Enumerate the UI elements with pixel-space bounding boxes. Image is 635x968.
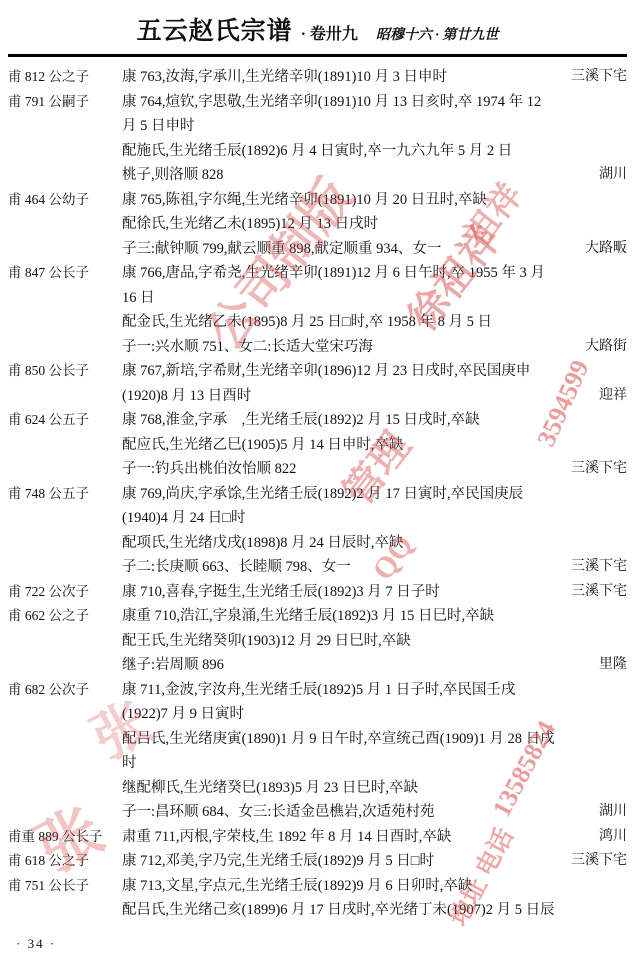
entry-line: (1922)7 月 9 日寅时 <box>122 702 627 727</box>
entry-label: 甫 791 公嗣子 <box>8 90 114 115</box>
entry-text: 康 766,唐品,字希尧,生光绪辛卯(1891)12 月 6 日午时,卒 195… <box>122 261 545 286</box>
entry-line: 配应氏,生光绪乙巳(1905)5 月 14 日申时,卒缺 <box>122 433 627 458</box>
entry-content: 康 711,金波,字汝舟,生光绪壬辰(1892)5 月 1 日子时,卒民国壬戌(… <box>122 678 627 825</box>
entry-content: 康 767,新培,字希财,生光绪辛卯(1896)12 月 23 日戌时,卒民国庚… <box>122 359 627 408</box>
entry-label: 甫 850 公长子 <box>8 359 114 384</box>
entry-label: 甫 464 公幼子 <box>8 188 114 213</box>
entry-text: 肃重 711,丙根,字荣枝,生 1892 年 8 月 14 日酉时,卒缺 <box>122 825 451 850</box>
entry-text: 康 763,汝海,字承川,生光绪辛卯(1891)10 月 3 日申时 <box>122 65 447 90</box>
place-name: 大路畈 <box>575 237 627 262</box>
entry-line: 康 763,汝海,字承川,生光绪辛卯(1891)10 月 3 日申时三溪下宅 <box>122 65 627 90</box>
place-name: 三溪下宅 <box>561 580 627 605</box>
entry-text: 时 <box>122 751 137 776</box>
entry-line: 配项氏,生光绪戊戌(1898)8 月 24 日辰时,卒缺 <box>122 531 627 556</box>
entry-text: 子三:献钟顺 799,献云顺重 898,献定顺重 934、女一 <box>122 237 441 262</box>
entry-text: 康 765,陈祖,字尔绳,生光绪辛卯(1891)10 月 20 日丑时,卒缺 <box>122 188 487 213</box>
entry-label: 甫 722 公次子 <box>8 580 114 605</box>
place-name: 鸿川 <box>589 825 627 850</box>
entry-line: (1920)8 月 13 日酉时迎祥 <box>122 384 627 409</box>
entry-content: 康 766,唐品,字希尧,生光绪辛卯(1891)12 月 6 日午时,卒 195… <box>122 261 627 359</box>
entry-line: 康 767,新培,字希财,生光绪辛卯(1896)12 月 23 日戌时,卒民国庚… <box>122 359 627 384</box>
entry-line: 康 764,煊钦,字思敬,生光绪辛卯(1891)10 月 13 日亥时,卒 19… <box>122 90 627 115</box>
entry-label: 甫 812 公之子 <box>8 65 114 90</box>
entry-row: 甫 624 公五子康 768,淮金,字承 ,生光绪壬辰(1892)2 月 15 … <box>8 408 627 482</box>
entry-line: 16 日 <box>122 286 627 311</box>
entry-line: 康 712,邓美,字乃完,生光绪壬辰(1892)9 月 5 日□时三溪下宅 <box>122 849 627 874</box>
entry-line: 子二:长庚顺 663、长睦顺 798、女一三溪下宅 <box>122 555 627 580</box>
entry-text: 配施氏,生光绪壬辰(1892)6 月 4 日寅时,卒一九六九年 5 月 2 日 <box>122 139 512 164</box>
place-name: 湖川 <box>589 163 627 188</box>
entry-content: 康 768,淮金,字承 ,生光绪壬辰(1892)2 月 15 日戌时,卒缺配应氏… <box>122 408 627 482</box>
entry-text: 康 768,淮金,字承 ,生光绪壬辰(1892)2 月 15 日戌时,卒缺 <box>122 408 480 433</box>
entry-line: 康 713,文星,字点元,生光绪壬辰(1892)9 月 6 日卯时,卒缺 <box>122 874 627 899</box>
entry-line: 配施氏,生光绪壬辰(1892)6 月 4 日寅时,卒一九六九年 5 月 2 日 <box>122 139 627 164</box>
entry-content: 康 765,陈祖,字尔绳,生光绪辛卯(1891)10 月 20 日丑时,卒缺配徐… <box>122 188 627 262</box>
entry-label: 甫 847 公长子 <box>8 261 114 286</box>
entry-content: 康 712,邓美,字乃完,生光绪壬辰(1892)9 月 5 日□时三溪下宅 <box>122 849 627 874</box>
entry-content: 肃重 711,丙根,字荣枝,生 1892 年 8 月 14 日酉时,卒缺鸿川 <box>122 825 627 850</box>
title-volume: · 卷卅九 <box>301 26 358 43</box>
entry-text: 康 769,尚庆,字承馀,生光绪壬辰(1892)2 月 17 日寅时,卒民国庚辰 <box>122 482 523 507</box>
page-number: · 34 · <box>16 936 56 952</box>
entry-row: 甫重 889 公长子肃重 711,丙根,字荣枝,生 1892 年 8 月 14 … <box>8 825 627 850</box>
entry-content: 康 764,煊钦,字思敬,生光绪辛卯(1891)10 月 13 日亥时,卒 19… <box>122 90 627 188</box>
entry-text: 康 712,邓美,字乃完,生光绪壬辰(1892)9 月 5 日□时 <box>122 849 434 874</box>
entry-text: 配项氏,生光绪戊戌(1898)8 月 24 日辰时,卒缺 <box>122 531 404 556</box>
entry-line: 肃重 711,丙根,字荣枝,生 1892 年 8 月 14 日酉时,卒缺鸿川 <box>122 825 627 850</box>
entry-label: 甫 748 公五子 <box>8 482 114 507</box>
entry-line: 康 766,唐品,字希尧,生光绪辛卯(1891)12 月 6 日午时,卒 195… <box>122 261 627 286</box>
entry-text: 配金氏,生光绪乙未(1895)8 月 25 日□时,卒 1958 年 8 月 5… <box>122 310 492 335</box>
place-name: 湖川 <box>589 800 627 825</box>
place-name: 三溪下宅 <box>561 849 627 874</box>
place-name: 三溪下宅 <box>561 457 627 482</box>
place-name: 三溪下宅 <box>561 555 627 580</box>
entry-content: 康 763,汝海,字承川,生光绪辛卯(1891)10 月 3 日申时三溪下宅 <box>122 65 627 90</box>
entry-text: (1920)8 月 13 日酉时 <box>122 384 251 409</box>
entry-label: 甫重 889 公长子 <box>8 825 114 850</box>
entry-line: 配金氏,生光绪乙未(1895)8 月 25 日□时,卒 1958 年 8 月 5… <box>122 310 627 335</box>
entry-line: 配王氏,生光绪癸卯(1903)12 月 29 日巳时,卒缺 <box>122 629 627 654</box>
entry-label: 甫 624 公五子 <box>8 408 114 433</box>
entry-line: 配徐氏,生光绪乙未(1895)12 月 13 日戌时 <box>122 212 627 237</box>
entry-text: (1940)4 月 24 日□时 <box>122 506 246 531</box>
entry-text: 配王氏,生光绪癸卯(1903)12 月 29 日巳时,卒缺 <box>122 629 411 654</box>
entry-line: 康 769,尚庆,字承馀,生光绪壬辰(1892)2 月 17 日寅时,卒民国庚辰 <box>122 482 627 507</box>
entry-row: 甫 812 公之子康 763,汝海,字承川,生光绪辛卯(1891)10 月 3 … <box>8 65 627 90</box>
place-name: 大路街 <box>575 335 627 360</box>
entry-content: 康重 710,浩江,字泉涌,生光绪壬辰(1892)3 月 15 日巳时,卒缺配王… <box>122 604 627 678</box>
title-main: 五云赵氏宗谱 <box>137 18 293 45</box>
entry-text: 配徐氏,生光绪乙未(1895)12 月 13 日戌时 <box>122 212 378 237</box>
entry-line: 配吕氏,生光绪己亥(1899)6 月 17 日戌时,卒光绪丁未(1907)2 月… <box>122 898 627 923</box>
entry-row: 甫 722 公次子康 710,喜春,字挺生,生光绪壬辰(1892)3 月 7 日… <box>8 580 627 605</box>
entry-text: 桃子,则洛顺 828 <box>122 163 224 188</box>
page-header: 五云赵氏宗谱 · 卷卅九 昭穆十六 · 第廿九世 <box>0 0 635 47</box>
entry-text: 康 764,煊钦,字思敬,生光绪辛卯(1891)10 月 13 日亥时,卒 19… <box>122 90 541 115</box>
entry-line: 子一:钓兵出桃伯汝怡顺 822三溪下宅 <box>122 457 627 482</box>
entry-row: 甫 748 公五子康 769,尚庆,字承馀,生光绪壬辰(1892)2 月 17 … <box>8 482 627 580</box>
entry-row: 甫 751 公长子康 713,文星,字点元,生光绪壬辰(1892)9 月 6 日… <box>8 874 627 923</box>
entry-line: 子三:献钟顺 799,献云顺重 898,献定顺重 934、女一大路畈 <box>122 237 627 262</box>
entry-text: 月 5 日申时 <box>122 114 195 139</box>
entry-text: 子二:长庚顺 663、长睦顺 798、女一 <box>122 555 351 580</box>
entry-text: 子一:兴水顺 751、女二:长适大堂宋巧海 <box>122 335 373 360</box>
entry-text: 配吕氏,生光绪庚寅(1890)1 月 9 日午时,卒宣统己酉(1909)1 月 … <box>122 727 555 752</box>
entry-text: 子一:钓兵出桃伯汝怡顺 822 <box>122 457 296 482</box>
entry-content: 康 769,尚庆,字承馀,生光绪壬辰(1892)2 月 17 日寅时,卒民国庚辰… <box>122 482 627 580</box>
entry-line: 康 768,淮金,字承 ,生光绪壬辰(1892)2 月 15 日戌时,卒缺 <box>122 408 627 433</box>
entry-label: 甫 751 公长子 <box>8 874 114 899</box>
entry-label: 甫 618 公之子 <box>8 849 114 874</box>
entry-line: 月 5 日申时 <box>122 114 627 139</box>
entry-row: 甫 618 公之子康 712,邓美,字乃完,生光绪壬辰(1892)9 月 5 日… <box>8 849 627 874</box>
entry-label: 甫 682 公次子 <box>8 678 114 703</box>
place-name: 里隆 <box>589 653 627 678</box>
entry-row: 甫 464 公幼子康 765,陈祖,字尔绳,生光绪辛卯(1891)10 月 20… <box>8 188 627 262</box>
entry-line: 康 711,金波,字汝舟,生光绪壬辰(1892)5 月 1 日子时,卒民国壬戌 <box>122 678 627 703</box>
entry-line: 继子:岩周顺 896里隆 <box>122 653 627 678</box>
entry-content: 康 710,喜春,字挺生,生光绪壬辰(1892)3 月 7 日子时三溪下宅 <box>122 580 627 605</box>
entry-row: 甫 847 公长子康 766,唐品,字希尧,生光绪辛卯(1891)12 月 6 … <box>8 261 627 359</box>
entry-text: 康 710,喜春,字挺生,生光绪壬辰(1892)3 月 7 日子时 <box>122 580 440 605</box>
entry-row: 甫 682 公次子康 711,金波,字汝舟,生光绪壬辰(1892)5 月 1 日… <box>8 678 627 825</box>
entry-text: 继子:岩周顺 896 <box>122 653 224 678</box>
entry-text: 16 日 <box>122 286 155 311</box>
title-subtitle: 昭穆十六 · 第廿九世 <box>376 28 499 43</box>
place-name: 三溪下宅 <box>561 65 627 90</box>
entry-line: 继配柳氏,生光绪癸巳(1893)5 月 23 日巳时,卒缺 <box>122 776 627 801</box>
entry-row: 甫 662 公之子康重 710,浩江,字泉涌,生光绪壬辰(1892)3 月 15… <box>8 604 627 678</box>
entry-line: 配吕氏,生光绪庚寅(1890)1 月 9 日午时,卒宣统己酉(1909)1 月 … <box>122 727 627 752</box>
entry-text: 继配柳氏,生光绪癸巳(1893)5 月 23 日巳时,卒缺 <box>122 776 418 801</box>
entry-text: 康 711,金波,字汝舟,生光绪壬辰(1892)5 月 1 日子时,卒民国壬戌 <box>122 678 515 703</box>
entry-line: (1940)4 月 24 日□时 <box>122 506 627 531</box>
entry-line: 康 710,喜春,字挺生,生光绪壬辰(1892)3 月 7 日子时三溪下宅 <box>122 580 627 605</box>
entry-line: 子一:昌环顺 684、女三:长适金邑樵岩,次适苑村苑湖川 <box>122 800 627 825</box>
place-name: 迎祥 <box>589 384 627 409</box>
entries-list: 甫 812 公之子康 763,汝海,字承川,生光绪辛卯(1891)10 月 3 … <box>0 57 635 923</box>
genealogy-page: 五云赵氏宗谱 · 卷卅九 昭穆十六 · 第廿九世 甫 812 公之子康 763,… <box>0 0 635 968</box>
entry-text: 配应氏,生光绪乙巳(1905)5 月 14 日申时,卒缺 <box>122 433 404 458</box>
entry-row: 甫 850 公长子康 767,新培,字希财,生光绪辛卯(1896)12 月 23… <box>8 359 627 408</box>
entry-text: 康 713,文星,字点元,生光绪壬辰(1892)9 月 6 日卯时,卒缺 <box>122 874 472 899</box>
entry-text: 康 767,新培,字希财,生光绪辛卯(1896)12 月 23 日戌时,卒民国庚… <box>122 359 530 384</box>
entry-text: 康重 710,浩江,字泉涌,生光绪壬辰(1892)3 月 15 日巳时,卒缺 <box>122 604 494 629</box>
entry-label: 甫 662 公之子 <box>8 604 114 629</box>
entry-line: 子一:兴水顺 751、女二:长适大堂宋巧海大路街 <box>122 335 627 360</box>
entry-text: 配吕氏,生光绪己亥(1899)6 月 17 日戌时,卒光绪丁未(1907)2 月… <box>122 898 555 923</box>
entry-content: 康 713,文星,字点元,生光绪壬辰(1892)9 月 6 日卯时,卒缺配吕氏,… <box>122 874 627 923</box>
entry-row: 甫 791 公嗣子康 764,煊钦,字思敬,生光绪辛卯(1891)10 月 13… <box>8 90 627 188</box>
entry-text: 子一:昌环顺 684、女三:长适金邑樵岩,次适苑村苑 <box>122 800 435 825</box>
entry-line: 康重 710,浩江,字泉涌,生光绪壬辰(1892)3 月 15 日巳时,卒缺 <box>122 604 627 629</box>
entry-line: 桃子,则洛顺 828湖川 <box>122 163 627 188</box>
entry-line: 时 <box>122 751 627 776</box>
entry-text: (1922)7 月 9 日寅时 <box>122 702 244 727</box>
entry-line: 康 765,陈祖,字尔绳,生光绪辛卯(1891)10 月 20 日丑时,卒缺 <box>122 188 627 213</box>
